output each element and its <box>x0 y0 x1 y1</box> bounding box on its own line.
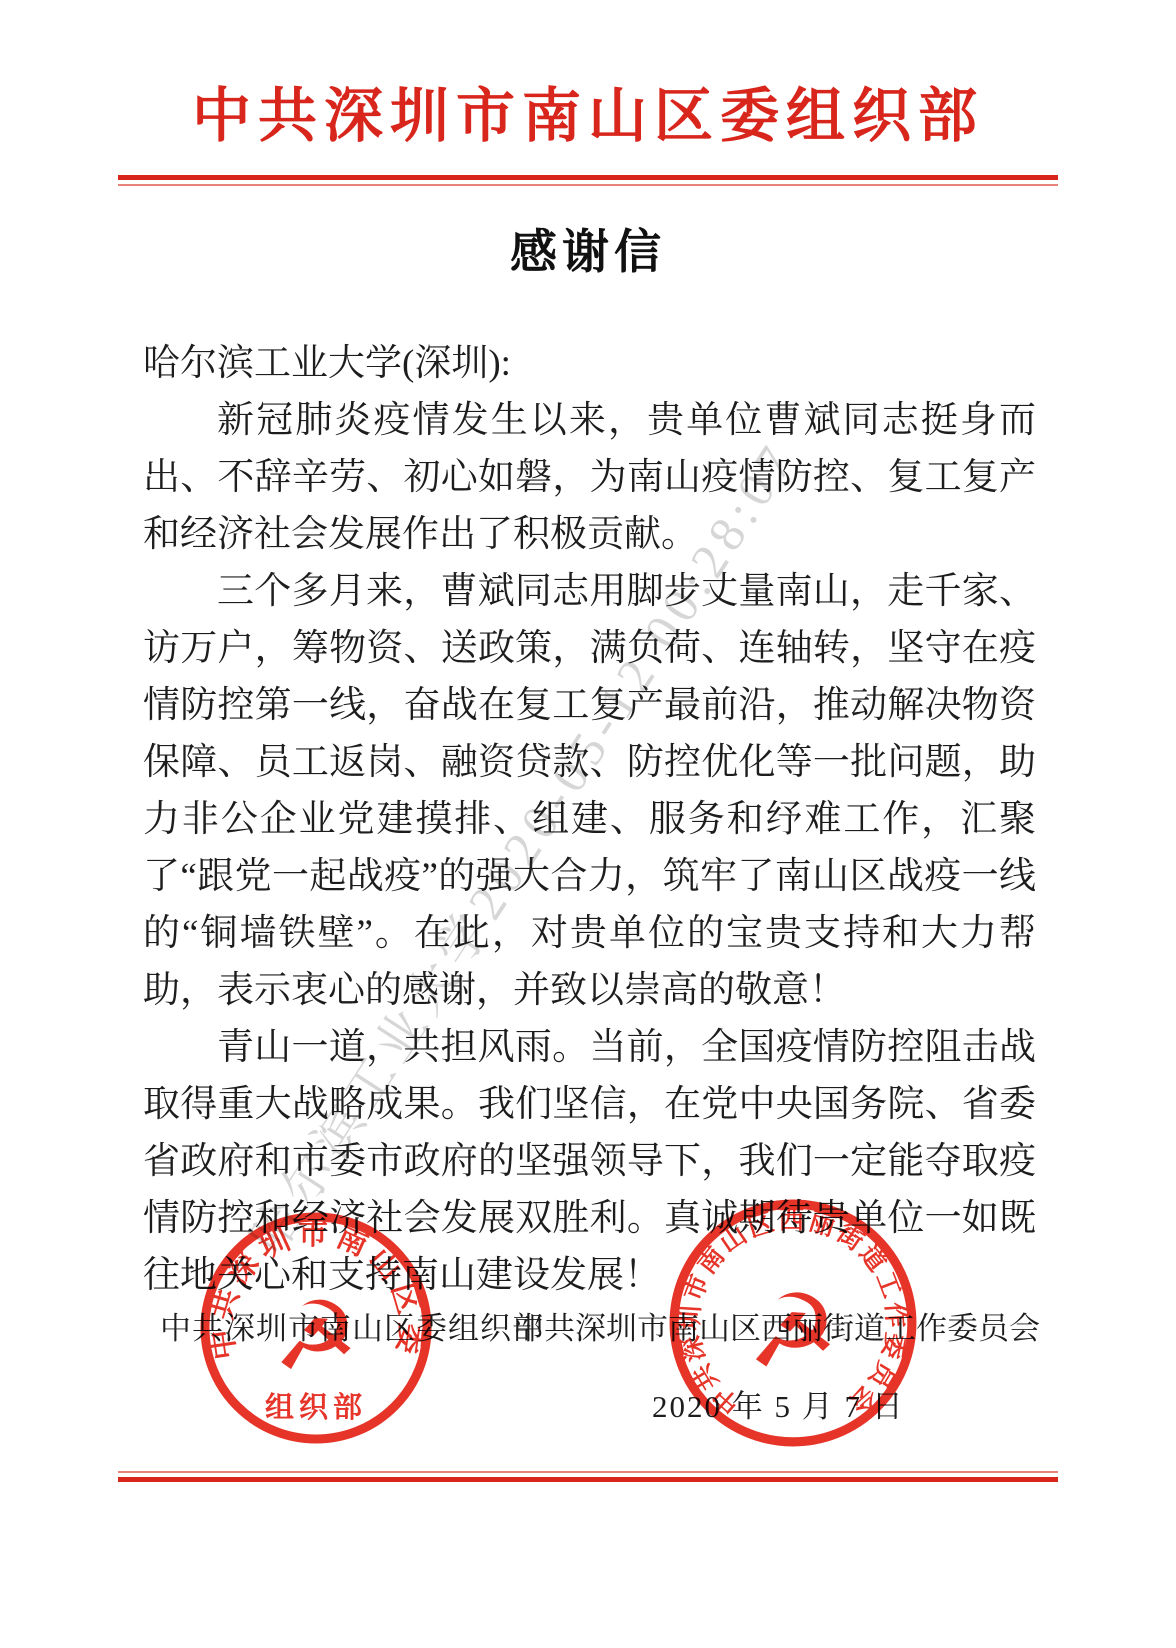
letter-body: 哈尔滨工业大学(深圳): 新冠肺炎疫情发生以来，贵单位曹斌同志挺身而出、不辞辛劳… <box>143 335 1036 1304</box>
seal-bottom-text: 组织部 <box>265 1391 367 1424</box>
divider-thick-line <box>118 175 1058 180</box>
paragraph-1: 新冠肺炎疫情发生以来，贵单位曹斌同志挺身而出、不辞辛劳、初心如磐，为南山疫情防控… <box>143 392 1036 563</box>
document-title: 感谢信 <box>0 215 1176 282</box>
hammer-sickle-icon: ☭ <box>747 1275 838 1389</box>
paragraph-2: 三个多月来，曹斌同志用脚步丈量南山，走千家、访万户，筹物资、送政策，满负荷、连轴… <box>143 563 1036 1019</box>
divider-thick-line <box>118 1477 1058 1482</box>
footer-divider <box>118 1471 1058 1482</box>
official-seal-street-committee: 中共深圳市南山区西丽街道工作委员会 ☭ <box>666 1196 920 1450</box>
salutation: 哈尔滨工业大学(深圳): <box>143 335 1036 392</box>
hammer-sickle-icon: ☭ <box>273 1284 358 1390</box>
divider-thin-line <box>118 184 1058 186</box>
divider-thin-line <box>118 1471 1058 1473</box>
letter-page: 哈尔滨工业大学2020-05-12 00:28:07 中共深圳市南山区委组织部 … <box>0 0 1176 1648</box>
official-seal-org-department: 中共深圳市南山区委 ☭ 组织部 <box>196 1208 436 1448</box>
letterhead-org-name: 中共深圳市南山区委组织部 <box>0 68 1176 153</box>
letterhead-divider <box>118 175 1058 186</box>
